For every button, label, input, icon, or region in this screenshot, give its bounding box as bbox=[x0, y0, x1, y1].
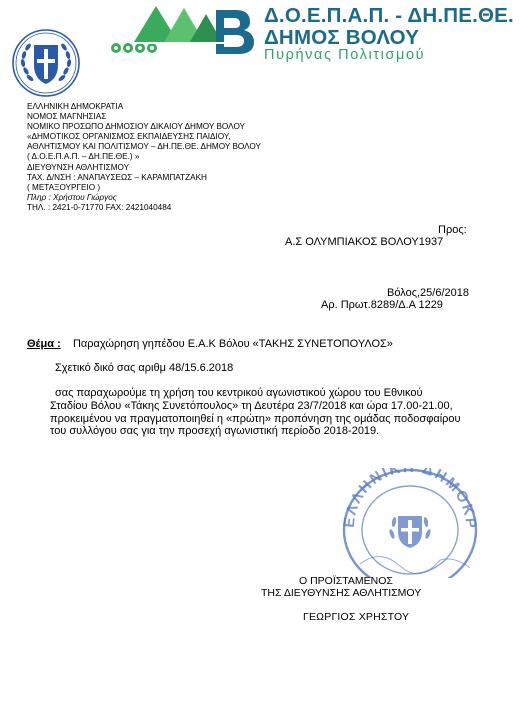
org-subtitle: Πυρήνας Πολιτισμού bbox=[264, 47, 425, 63]
sender-line: «ΔΗΜΟΤΙΚΟΣ ΟΡΓΑΝΙΣΜΟΣ ΕΚΠΑΙΔΕΥΣΗΣ ΠΑΙΔΙΟ… bbox=[27, 132, 261, 142]
sender-block: ΕΛΛΗΝΙΚΗ ΔΗΜΟΚΡΑΤΙΑ ΝΟΜΟΣ ΜΑΓΝΗΣΙΑΣ ΝΟΜΙ… bbox=[27, 102, 261, 213]
org-title-line1: Δ.Ο.Ε.Π.Α.Π. - ΔΗ.ΠΕ.ΘΕ. bbox=[264, 4, 514, 28]
sender-line: ΝΟΜΟΣ ΜΑΓΝΗΣΙΑΣ bbox=[27, 112, 261, 122]
protocol-number: Αρ. Πρωτ.8289/Δ.Α 1229 bbox=[321, 299, 443, 311]
signatory-name: ΓΕΩΡΓΙΟΣ ΧΡΗΣΤΟΥ bbox=[303, 611, 409, 623]
sender-line: ΝΟΜΙΚΟ ΠΡΟΣΩΠΟ ΔΗΜΟΣΙΟΥ ΔΙΚΑΙΟΥ ΔΗΜΟΥ ΒΟ… bbox=[27, 122, 261, 132]
body-line: προκειμένου να πραγματοποιηθεί η «πρώτη»… bbox=[50, 413, 480, 426]
sender-line: ΔΙΕΥΘΥΝΣΗ ΑΘΛΗΤΙΣΜΟΥ bbox=[27, 163, 261, 173]
phone-fax: ΤΗΛ. : 2421-0-71770 FAX: 2421040484 bbox=[27, 203, 261, 213]
document-date: Βόλος,25/6/2018 bbox=[387, 287, 469, 299]
reference-line: Σχετικό δικό σας αριθμ 48/15.6.2018 bbox=[55, 362, 233, 374]
body-line: σας παραχωρούμε τη χρήση του κεντρικού α… bbox=[50, 387, 480, 400]
subject-text: Παραχώρηση γηπέδου Ε.Α.Κ Βόλου «ΤΑΚΗΣ ΣΥ… bbox=[73, 338, 393, 350]
recipient-label: Προς: bbox=[438, 224, 467, 236]
subject-spacer bbox=[64, 338, 70, 350]
sender-line: ΑΘΛΗΤΙΣΜΟΥ ΚΑΙ ΠΟΛΙΤΙΣΜΟΥ – ΔΗ.ΠΕ.ΘΕ. ΔΗ… bbox=[27, 142, 261, 152]
hellenic-republic-emblem-icon bbox=[10, 27, 82, 99]
doepap-logo-icon bbox=[104, 2, 260, 60]
body-line: Σταδίου Βόλου «Τάκης Συνετόπουλος» τη Δε… bbox=[50, 400, 480, 413]
sender-line: ( Δ.Ο.Ε.Π.Α.Π. – ΔΗ.ΠΕ.ΘΕ.) » bbox=[27, 152, 261, 162]
signature-role-line1: Ο ΠΡΟΪΣΤΑΜΕΝΟΣ bbox=[299, 575, 393, 587]
sender-line: ( ΜΕΤΑΞΟΥΡΓΕΙΟ ) bbox=[27, 183, 261, 193]
sender-line: ΤΑΧ. Δ/ΝΣΗ : ΑΝΑΠΑΥΣΕΩΣ – ΚΑΡΑΜΠΑΤΖΑΚΗ bbox=[27, 173, 261, 183]
subject-line: Θέμα : Παραχώρηση γηπέδου Ε.Α.Κ Βόλου «Τ… bbox=[27, 338, 393, 350]
contact-person: Πληρ : Χρήστου Γιώργος bbox=[27, 193, 261, 203]
sender-line: ΕΛΛΗΝΙΚΗ ΔΗΜΟΚΡΑΤΙΑ bbox=[27, 102, 261, 112]
body-line: του συλλόγου σας για την προσεχή αγωνιστ… bbox=[50, 425, 480, 438]
recipient-name: Α.Σ ΟΛΥΜΠΙΑΚΟΣ ΒΟΛΟΥ1937 bbox=[285, 236, 443, 248]
body-paragraph: σας παραχωρούμε τη χρήση του κεντρικού α… bbox=[50, 387, 480, 438]
signature-role-line2: ΤΗΣ ΔΙΕΥΘΥΝΣΗΣ ΑΘΛΗΤΙΣΜΟΥ bbox=[261, 587, 421, 599]
official-round-stamp-icon: ΕΛΛΗΝΙΚΗ ΔΗΜΟΚΡΑΤΙΑ bbox=[330, 468, 490, 578]
subject-label: Θέμα : bbox=[27, 338, 61, 350]
